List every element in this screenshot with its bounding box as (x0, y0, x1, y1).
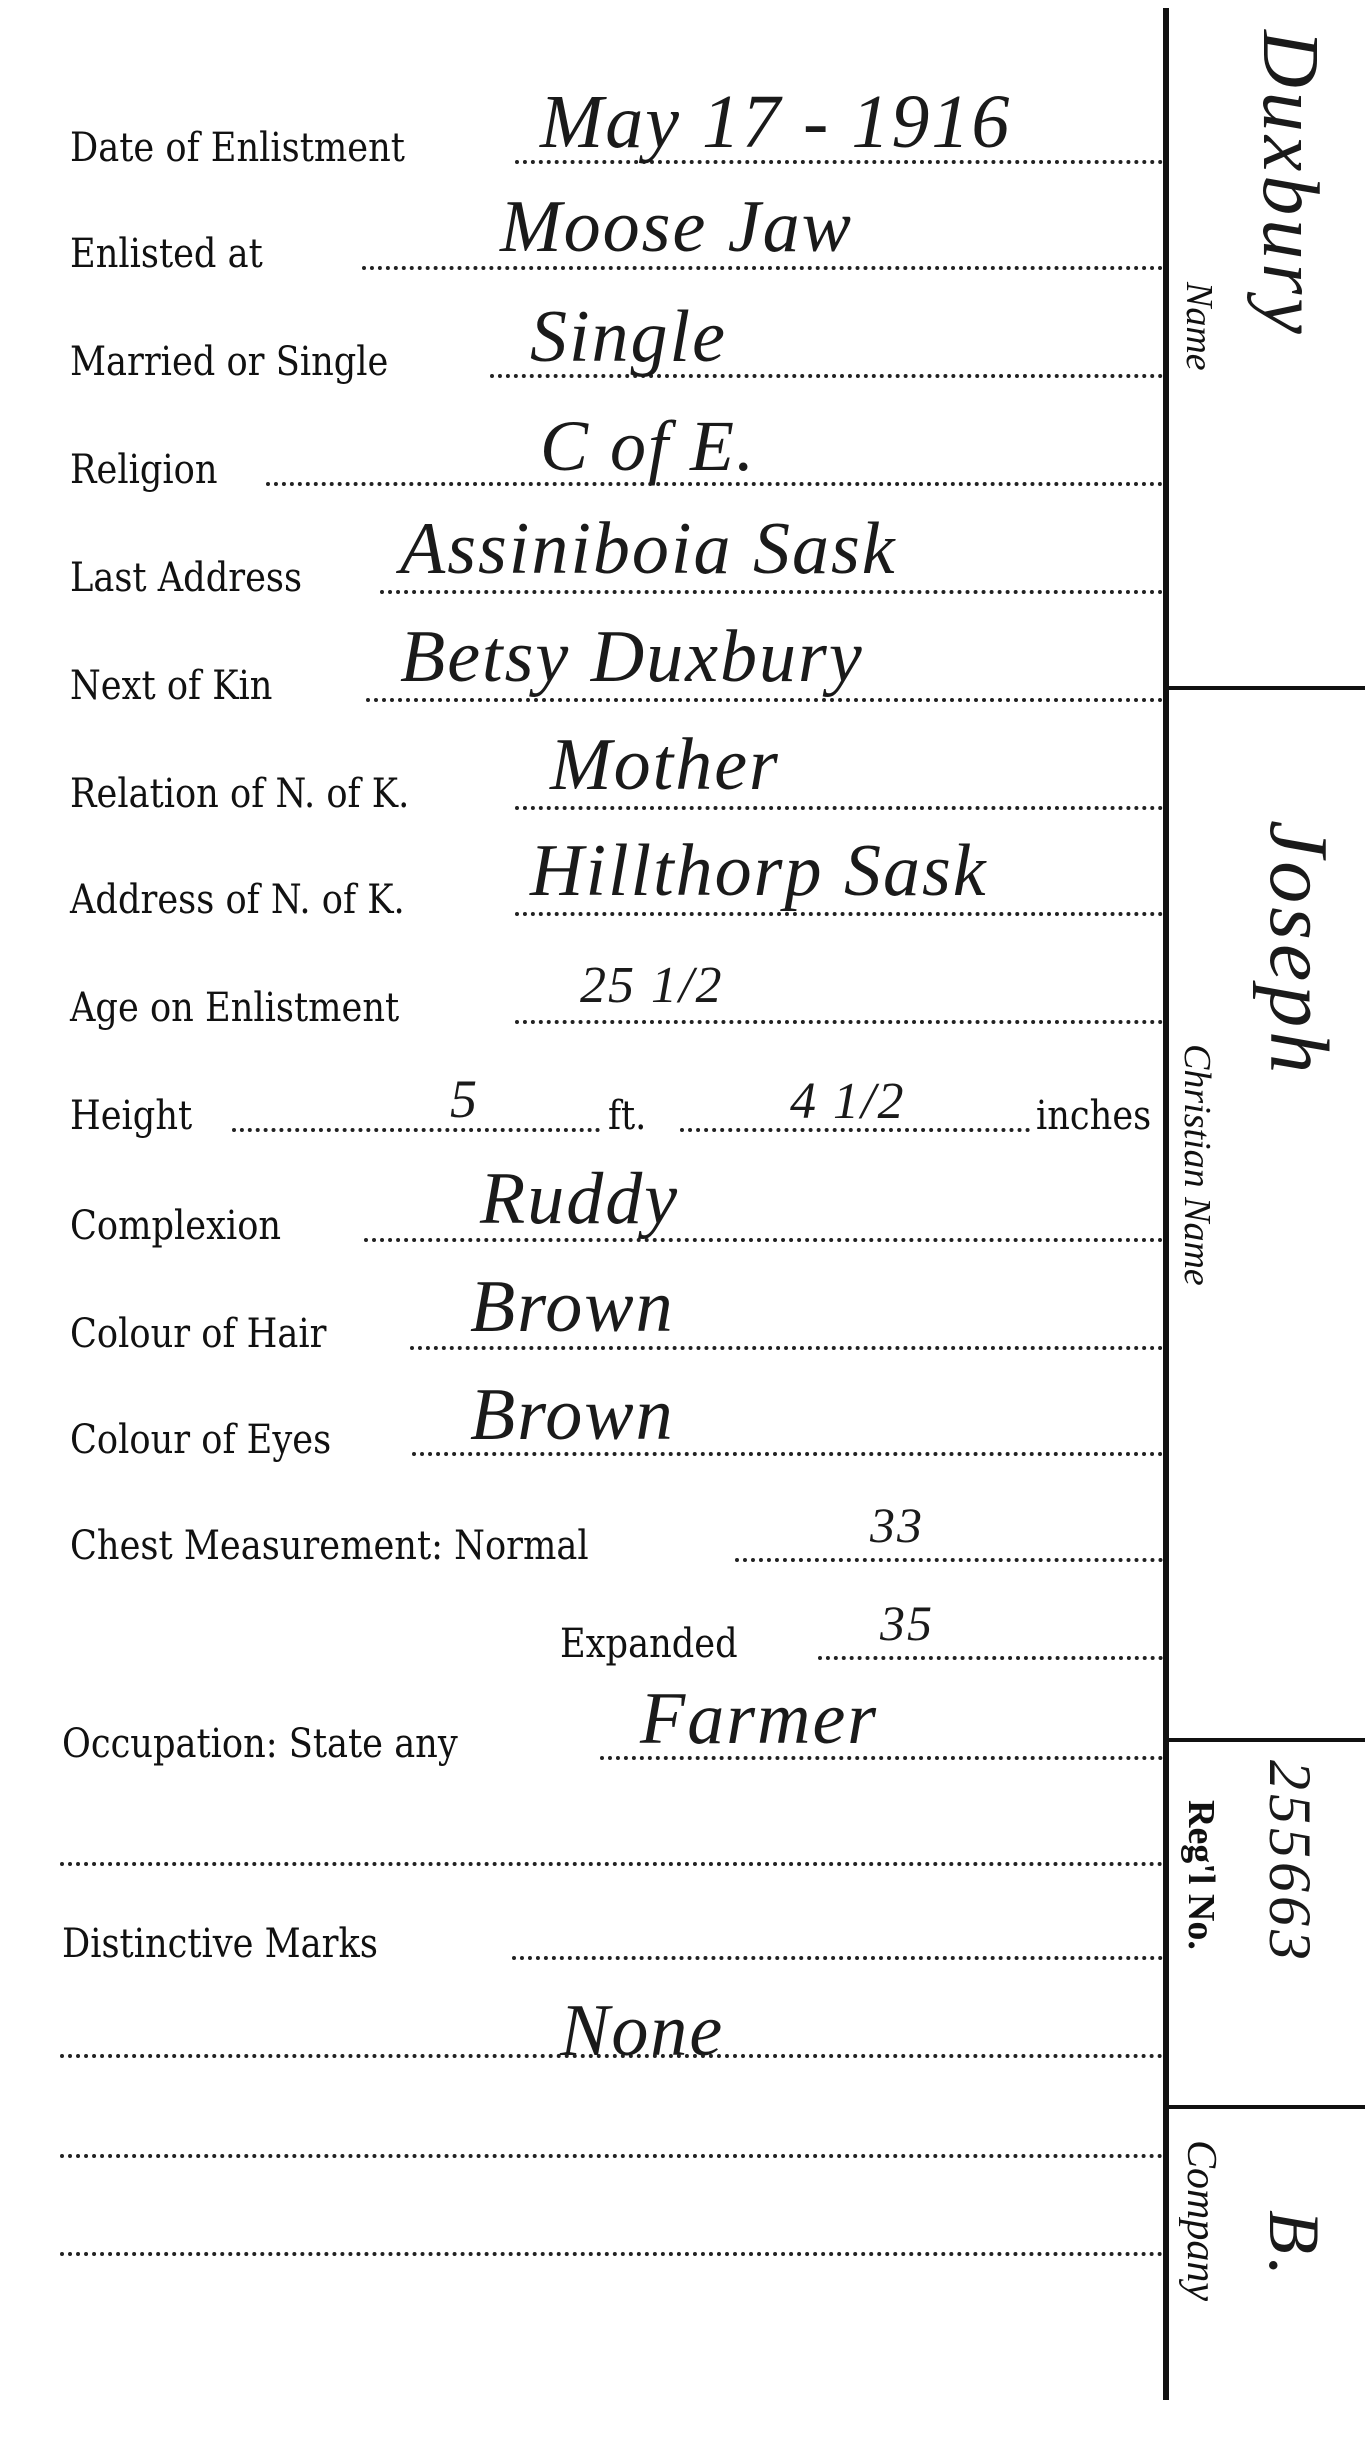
label-enlisted-at: Enlisted at (70, 234, 263, 274)
value-married-or-single: Single (530, 300, 727, 374)
side-panel-divider-regno (1169, 1738, 1365, 1742)
label-date-of-enlistment: Date of Enlistment (70, 128, 405, 168)
value-enlisted-at: Moose Jaw (500, 190, 853, 264)
value-complexion: Ruddy (480, 1162, 679, 1236)
dotted-line (512, 1956, 1163, 1960)
label-colour-of-eyes: Colour of Eyes (70, 1420, 331, 1460)
side-label-regimental-no: Reg'l No. (1182, 1800, 1220, 1950)
label-next-of-kin: Next of Kin (70, 666, 272, 706)
value-height-feet: 5 (450, 1072, 479, 1126)
label-married-or-single: Married or Single (70, 342, 388, 382)
value-relation-of-next-of-kin: Mother (550, 728, 780, 802)
dotted-line (818, 1656, 1163, 1660)
label-religion: Religion (70, 450, 218, 490)
label-relation-of-next-of-kin: Relation of N. of K. (70, 774, 409, 814)
label-chest-expanded: Expanded (560, 1624, 738, 1664)
label-address-of-next-of-kin: Address of N. of K. (70, 880, 405, 920)
value-chest-normal: 33 (870, 1500, 924, 1550)
label-height: Height (70, 1096, 192, 1136)
label-colour-of-hair: Colour of Hair (70, 1314, 326, 1354)
value-height-inches: 4 1/2 (790, 1076, 905, 1128)
dotted-line (515, 806, 1163, 810)
side-value-christian-name: Joseph (1256, 820, 1340, 1077)
dotted-line (60, 2154, 1163, 2158)
value-last-address: Assiniboia Sask (400, 512, 897, 586)
value-address-of-next-of-kin: Hillthorp Sask (530, 834, 988, 908)
value-religion: C of E. (540, 410, 756, 482)
label-chest-normal: Chest Measurement: Normal (70, 1526, 589, 1566)
value-chest-expanded: 35 (880, 1598, 934, 1648)
side-value-regimental-no: 255663 (1260, 1760, 1320, 1964)
value-date-of-enlistment: May 17 - 1916 (540, 84, 1011, 160)
dotted-line (60, 1862, 1163, 1866)
label-height-ft: ft. (608, 1096, 646, 1136)
dotted-line (515, 1020, 1163, 1024)
dotted-line (380, 590, 1163, 594)
side-panel-vertical-rule (1163, 8, 1169, 2400)
value-colour-of-eyes: Brown (470, 1378, 675, 1452)
label-last-address: Last Address (70, 558, 302, 598)
value-colour-of-hair: Brown (470, 1270, 675, 1344)
attestation-card: Date of Enlistment May 17 - 1916 Enliste… (0, 0, 1371, 2448)
side-label-christian-name: Christian Name (1178, 1044, 1216, 1286)
dotted-line (735, 1558, 1163, 1562)
side-value-company: B. (1258, 2210, 1330, 2280)
dotted-line (366, 698, 1163, 702)
side-label-company: Company (1180, 2140, 1222, 2301)
value-occupation: Farmer (640, 1682, 878, 1756)
dotted-line (515, 912, 1163, 916)
side-panel-divider-name (1169, 686, 1365, 690)
label-distinctive-marks: Distinctive Marks (62, 1924, 378, 1964)
dotted-line (60, 2252, 1163, 2256)
dotted-line (60, 2054, 1163, 2058)
label-complexion: Complexion (70, 1206, 281, 1246)
label-height-inches: inches (1036, 1096, 1151, 1136)
side-value-name: Duxbury (1250, 30, 1330, 338)
dotted-line (232, 1128, 600, 1132)
label-occupation: Occupation: State any (62, 1724, 458, 1764)
side-label-name: Name (1180, 282, 1218, 371)
side-panel-divider-company (1169, 2105, 1365, 2109)
value-age-on-enlistment: 25 1/2 (580, 960, 723, 1012)
label-age-on-enlistment: Age on Enlistment (70, 988, 399, 1028)
value-next-of-kin: Betsy Duxbury (400, 620, 864, 694)
